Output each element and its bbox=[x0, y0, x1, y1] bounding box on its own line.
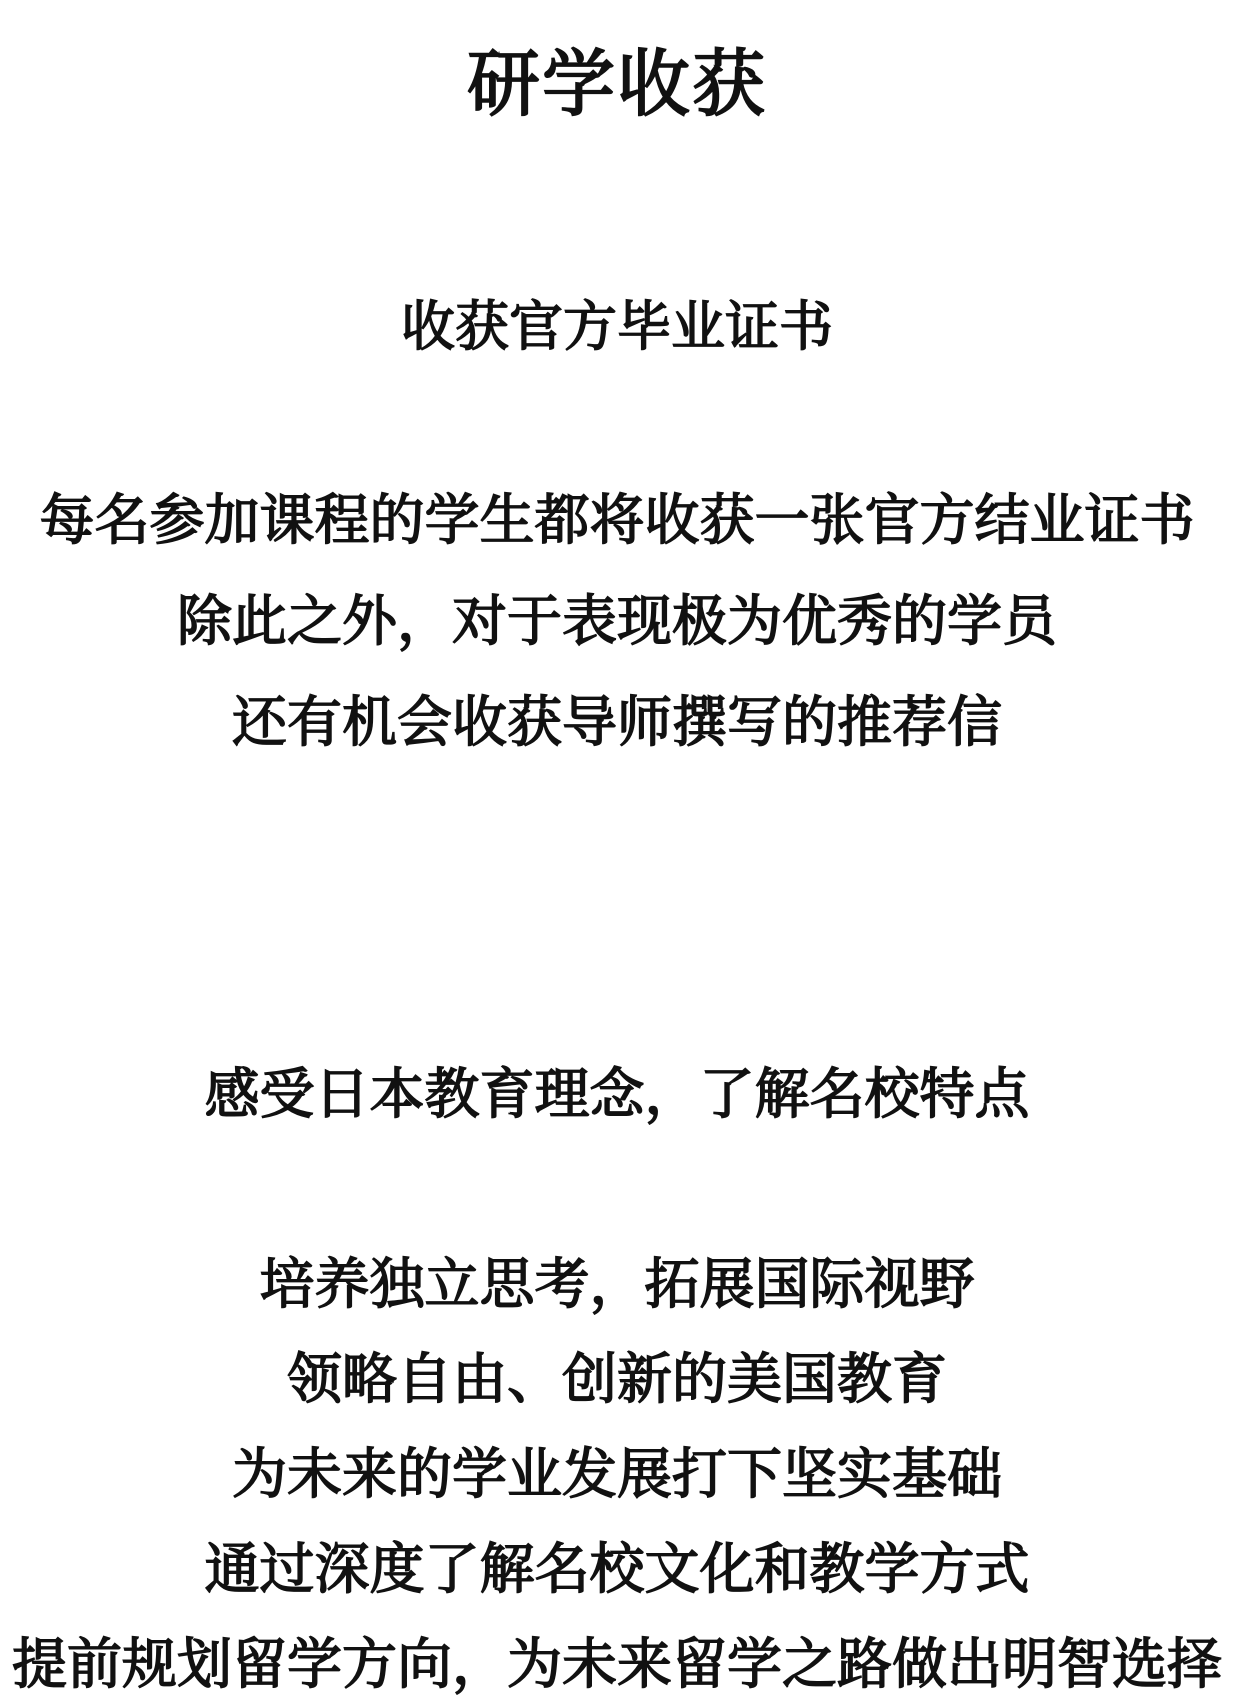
certificate-paragraph-line-3: 还有机会收获导师撰写的推荐信 bbox=[0, 672, 1234, 773]
japan-education-heading: 感受日本教育理念，了解名校特点 bbox=[0, 1056, 1234, 1133]
certificate-paragraph-line-2: 除此之外，对于表现极为优秀的学员 bbox=[0, 571, 1234, 672]
certificate-paragraph: 每名参加课程的学生都将收获一张官方结业证书 除此之外，对于表现极为优秀的学员 还… bbox=[0, 470, 1234, 773]
outcomes-paragraph-line-3: 为未来的学业发展打下坚实基础 bbox=[0, 1427, 1234, 1522]
page-title: 研学收获 bbox=[0, 41, 1234, 129]
outcomes-paragraph-line-1: 培养独立思考，拓展国际视野 bbox=[0, 1237, 1234, 1332]
outcomes-paragraph-line-4: 通过深度了解名校文化和教学方式 bbox=[0, 1522, 1234, 1617]
certificate-paragraph-line-1: 每名参加课程的学生都将收获一张官方结业证书 bbox=[0, 470, 1234, 571]
outcomes-paragraph-line-2: 领略自由、创新的美国教育 bbox=[0, 1332, 1234, 1427]
outcomes-paragraph-line-5: 提前规划留学方向，为未来留学之路做出明智选择 bbox=[0, 1617, 1234, 1708]
outcomes-paragraph: 培养独立思考，拓展国际视野 领略自由、创新的美国教育 为未来的学业发展打下坚实基… bbox=[0, 1237, 1234, 1708]
study-tour-gains-poster: 研学收获 收获官方毕业证书 每名参加课程的学生都将收获一张官方结业证书 除此之外… bbox=[0, 0, 1234, 1708]
certificate-section-heading: 收获官方毕业证书 bbox=[0, 289, 1234, 365]
